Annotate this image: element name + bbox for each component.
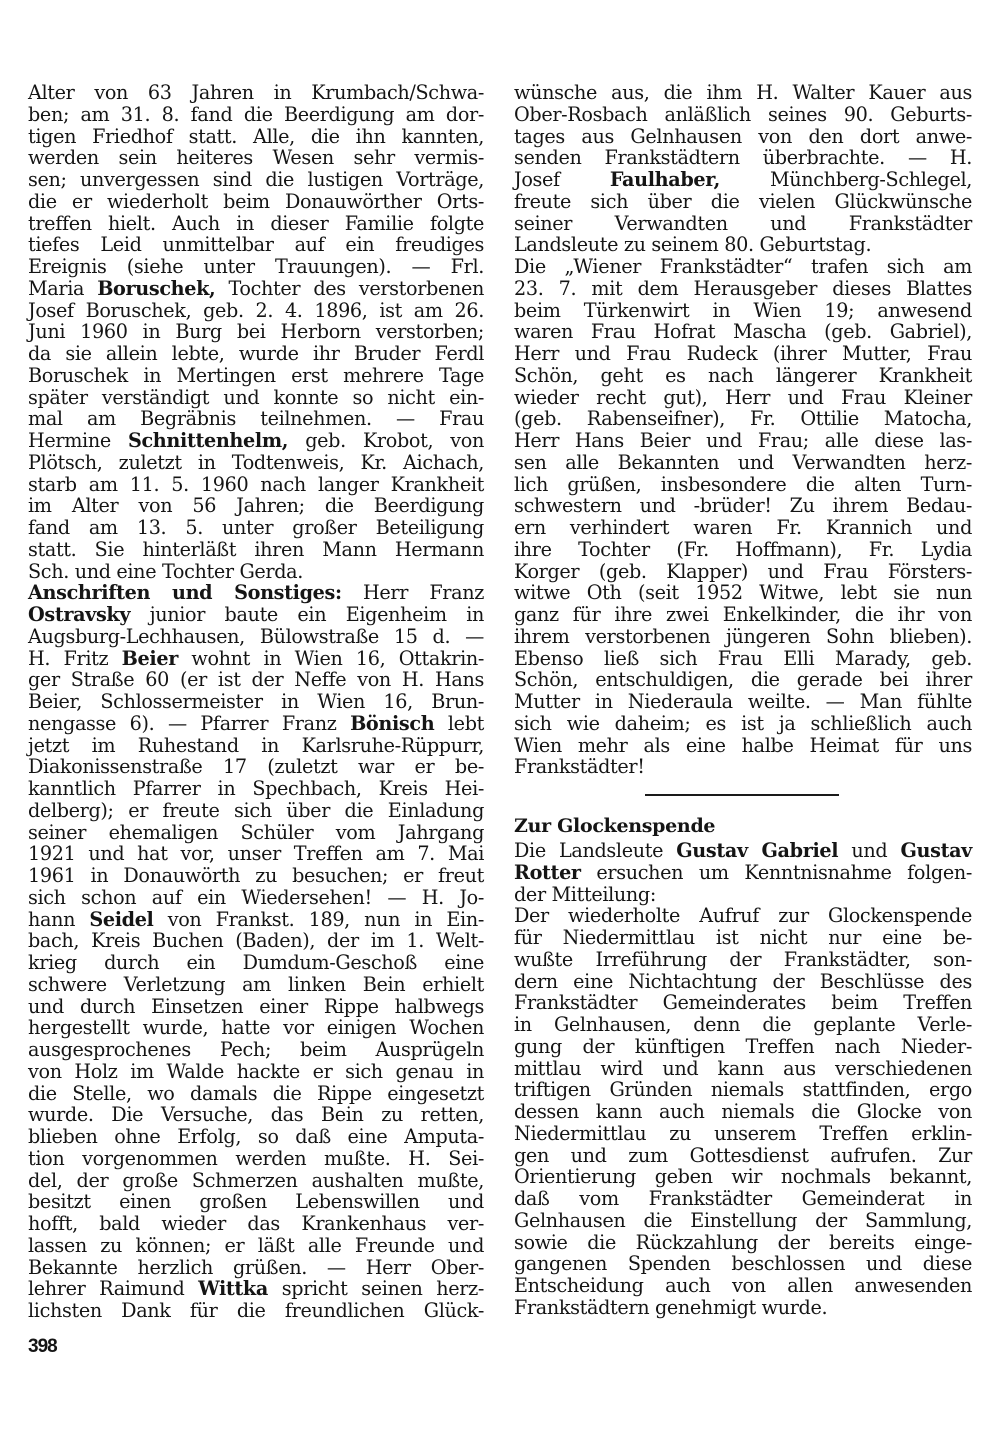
text-line: sowie die Rückzahlung der bereits einge- [514, 1232, 972, 1254]
text-line: wurde. Die Versuche, das Bein zu retten, [28, 1104, 484, 1126]
text-line: Herr und Frau Rudeck (ihrer Mutter, Frau [514, 343, 972, 365]
glockenspende-body: Die Landsleute Gustav Gabriel und Gustav… [514, 840, 972, 1319]
text-line: Niedermittlau zu unserem Treffen erklin- [514, 1123, 972, 1145]
text-line: gangenen Spenden beschlossen und diese [514, 1253, 972, 1275]
bold-name: Rotter [514, 861, 581, 884]
text-line: blieben ohne Erfolg, so daß eine Amputa- [28, 1126, 484, 1148]
bold-name: Gustav [901, 839, 972, 862]
text-line: bach, Kreis Buchen (Baden), der im 1. We… [28, 930, 484, 952]
text-line: Hermine Schnittenhelm, geb. Krobot, von [28, 430, 484, 452]
text-line: Entscheidung auch von allen anwesenden [514, 1275, 972, 1297]
text-line: Schön, entschuldigen, die gerade bei ihr… [514, 669, 972, 691]
text-line: sich schon auf ein Wiedersehen! — H. Jo- [28, 887, 484, 909]
text-line: treffen hielt. Auch in dieser Familie fo… [28, 213, 484, 235]
text-line: sen; unvergessen sind die lustigen Vortr… [28, 169, 484, 191]
text-line: Bekannte herzlich grüßen. — Herr Ober- [28, 1257, 484, 1279]
text-line: Augsburg-Lechhausen, Bülowstraße 15 d. — [28, 626, 484, 648]
text-line: ihrem verstorbenen jüngeren Sohn blieben… [514, 626, 972, 648]
text-line: Plötsch, zuletzt in Todtenweis, Kr. Aich… [28, 452, 484, 474]
text-line: gen und zum Gottesdienst aufrufen. Zur [514, 1145, 972, 1167]
text-line: seiner ehemaligen Schüler vom Jahrgang [28, 822, 484, 844]
text-line: wieder recht gut), Herr und Frau Kleiner [514, 387, 972, 409]
text-line: Landsleute zu seinem 80. Geburtstag. [514, 234, 972, 256]
right-column: wünsche aus, die ihm H. Walter Kauer aus… [514, 82, 972, 778]
text-line: in Gelnhausen, denn die geplante Verle- [514, 1014, 972, 1036]
text-line: Josef Faulhaber, Münchberg-Schlegel, [514, 169, 972, 191]
text-line: Gelnhausen die Einstellung der Sammlung, [514, 1210, 972, 1232]
text-line: 23. 7. mit dem Herausgeber dieses Blatte… [514, 278, 972, 300]
bold-name: Ostravsky [28, 603, 130, 626]
text-line: gung der künftigen Treffen nach Nieder- [514, 1036, 972, 1058]
text-line: fand am 13. 5. unter großer Beteiligung [28, 517, 484, 539]
left-column: Alter von 63 Jahren in Krumbach/Schwa-be… [28, 82, 484, 1322]
text-line: Diakonissenstraße 17 (zuletzt war er be- [28, 756, 484, 778]
text-line: Ereignis (siehe unter Trauungen). — Frl. [28, 256, 484, 278]
text-line: sen alle Bekannten und Verwandten herz- [514, 452, 972, 474]
text-line: 1921 und hat vor, unser Treffen am 7. Ma… [28, 843, 484, 865]
text-line: seiner Verwandten und Frankstädter [514, 213, 972, 235]
text-line: sich wie daheim; es ist ja schließlich a… [514, 713, 972, 735]
text-line: Ober-Rosbach anläßlich seines 90. Geburt… [514, 104, 972, 126]
text-line: statt. Sie hinterläßt ihren Mann Hermann [28, 539, 484, 561]
text-line: tiefes Leid unmittelbar auf ein freudige… [28, 234, 484, 256]
text-line: wußte Irreführung der Frankstädter, son- [514, 949, 972, 971]
bold-name: Boruschek, [97, 277, 215, 300]
text-line: werden sein heiteres Wesen sehr vermis- [28, 147, 484, 169]
text-line: Der wiederholte Aufruf zur Glockenspende [514, 905, 972, 927]
bold-name: Faulhaber, [610, 168, 720, 191]
text-line: ben; am 31. 8. fand die Beerdigung am do… [28, 104, 484, 126]
text-line: Orientierung geben wir nochmals bekannt, [514, 1166, 972, 1188]
text-line: Rotter ersuchen um Kenntnisnahme folgen- [514, 862, 972, 884]
text-line: witwe Oth (seit 1952 Witwe, lebt sie nun [514, 582, 972, 604]
text-line: senden Frankstädtern überbrachte. — H. [514, 147, 972, 169]
text-line: ern verhindert waren Fr. Krannich und [514, 517, 972, 539]
text-line: delberg); er freute sich über die Einlad… [28, 800, 484, 822]
text-line: schwere Verletzung am linken Bein erhiel… [28, 974, 484, 996]
text-line: Herr Hans Beier und Frau; alle diese las… [514, 430, 972, 452]
text-line: von Holz im Walde hackte er sich genau i… [28, 1061, 484, 1083]
text-line: ger Straße 60 (er ist der Neffe von H. H… [28, 669, 484, 691]
text-line: Anschriften und Sonstiges: Herr Franz [28, 582, 484, 604]
text-line: lichsten Dank für die freundlichen Glück… [28, 1300, 484, 1322]
bold-name: Schnittenhelm, [128, 429, 288, 452]
text-line: Boruschek in Mertingen erst mehrere Tage [28, 365, 484, 387]
text-line: kanntlich Pfarrer in Spechbach, Kreis He… [28, 778, 484, 800]
bold-name: Wittka [198, 1277, 268, 1300]
text-line: waren Frau Hofrat Mascha (geb. Gabriel), [514, 321, 972, 343]
text-line: tages aus Gelnhausen von den dort anwe- [514, 126, 972, 148]
bold-name: Seidel [89, 908, 153, 931]
text-line: Die Landsleute Gustav Gabriel und Gustav [514, 840, 972, 862]
text-line: die Stelle, wo damals die Rippe eingeset… [28, 1083, 484, 1105]
text-line: hergestellt wurde, hatte vor einigen Woc… [28, 1017, 484, 1039]
text-line: dessen kann auch niemals die Glocke von [514, 1101, 972, 1123]
text-line: ihre Tochter (Fr. Hoffmann), Fr. Lydia [514, 539, 972, 561]
bold-name: Bönisch [350, 712, 434, 735]
text-line: lich grüßen, insbesondere die alten Turn… [514, 474, 972, 496]
text-line: beim Türkenwirt in Wien 19; anwesend [514, 300, 972, 322]
text-line: im Alter von 56 Jahren; die Beerdigung [28, 495, 484, 517]
text-line: Juni 1960 in Burg bei Herborn verstorben… [28, 321, 484, 343]
text-line: Beier, Schlossermeister in Wien 16, Brun… [28, 691, 484, 713]
text-line: H. Fritz Beier wohnt in Wien 16, Ottakri… [28, 648, 484, 670]
section-divider [645, 794, 839, 796]
bold-name: Beier [122, 647, 178, 670]
text-line: jetzt im Ruhestand in Karlsruhe-Rüppurr, [28, 735, 484, 757]
text-line: lassen zu können; er läßt alle Freunde u… [28, 1235, 484, 1257]
text-line: Schön, geht es nach längerer Krankheit [514, 365, 972, 387]
text-line: freute sich über die vielen Glückwünsche [514, 191, 972, 213]
text-line: mittlau wird und kann aus verschiedenen [514, 1058, 972, 1080]
bold-name: Gustav Gabriel [676, 839, 838, 862]
text-line: hann Seidel von Frankst. 189, nun in Ein… [28, 909, 484, 931]
text-line: triftigen Gründen niemals stattfinden, e… [514, 1079, 972, 1101]
text-line: und durch Einsetzen einer Rippe halbwegs [28, 996, 484, 1018]
text-line: Sch. und eine Tochter Gerda. [28, 561, 484, 583]
text-line: Ostravsky junior baute ein Eigenheim in [28, 604, 484, 626]
text-line: lehrer Raimund Wittka spricht seinen her… [28, 1278, 484, 1300]
text-line: schwestern und -brüder! Zu ihrem Bedau- [514, 495, 972, 517]
text-line: Mutter in Niederaula weilte. — Man fühlt… [514, 691, 972, 713]
text-line: del, der große Schmerzen aushalten mußte… [28, 1170, 484, 1192]
text-line: Ebenso ließ sich Frau Elli Marady, geb. [514, 648, 972, 670]
text-line: hofft, bald wieder das Krankenhaus ver- [28, 1213, 484, 1235]
bold-name: Anschriften und Sonstiges: [28, 581, 342, 604]
text-line: mal am Begräbnis teilnehmen. — Frau [28, 408, 484, 430]
text-line: tigen Friedhof statt. Alle, die ihn kann… [28, 126, 484, 148]
text-line: dern eine Nichtachtung der Beschlüsse de… [514, 971, 972, 993]
text-line: Josef Boruschek, geb. 2. 4. 1896, ist am… [28, 300, 484, 322]
text-line: krieg durch ein Dumdum-Geschoß eine [28, 952, 484, 974]
text-line: für Niedermittlau ist nicht nur eine be- [514, 927, 972, 949]
text-line: ganz für ihre zwei Enkelkinder, die ihr … [514, 604, 972, 626]
text-line: nengasse 6). — Pfarrer Franz Bönisch leb… [28, 713, 484, 735]
text-line: (geb. Rabenseifner), Fr. Ottilie Matocha… [514, 408, 972, 430]
text-line: die er wiederholt beim Donauwörther Orts… [28, 191, 484, 213]
text-line: Korger (geb. Klapper) und Frau Försters- [514, 561, 972, 583]
section-heading-glockenspende: Zur Glockenspende [514, 815, 715, 837]
text-line: Alter von 63 Jahren in Krumbach/Schwa- [28, 82, 484, 104]
text-line: Wien mehr als eine halbe Heimat für uns [514, 735, 972, 757]
text-line: tion vorgenommen werden mußte. H. Sei- [28, 1148, 484, 1170]
page-number: 398 [28, 1336, 57, 1358]
text-line: Frankstädter! [514, 756, 972, 778]
text-line: da sie allein lebte, wurde ihr Bruder Fe… [28, 343, 484, 365]
text-line: Frankstädter Gemeinderates beim Treffen [514, 992, 972, 1014]
text-line: Frankstädtern genehmigt wurde. [514, 1297, 972, 1319]
text-line: daß vom Frankstädter Gemeinderat in [514, 1188, 972, 1210]
text-line: 1961 in Donauwörth zu besuchen; er freut [28, 865, 484, 887]
text-line: später verständigt und konnte so nicht e… [28, 387, 484, 409]
text-line: wünsche aus, die ihm H. Walter Kauer aus [514, 82, 972, 104]
text-line: besitzt einen großen Lebenswillen und [28, 1191, 484, 1213]
text-line: Maria Boruschek, Tochter des verstorbene… [28, 278, 484, 300]
text-line: der Mitteilung: [514, 884, 972, 906]
text-line: ausgesprochenes Pech; beim Ausprügeln [28, 1039, 484, 1061]
text-line: Die „Wiener Frankstädter“ trafen sich am [514, 256, 972, 278]
text-line: starb am 11. 5. 1960 nach langer Krankhe… [28, 474, 484, 496]
